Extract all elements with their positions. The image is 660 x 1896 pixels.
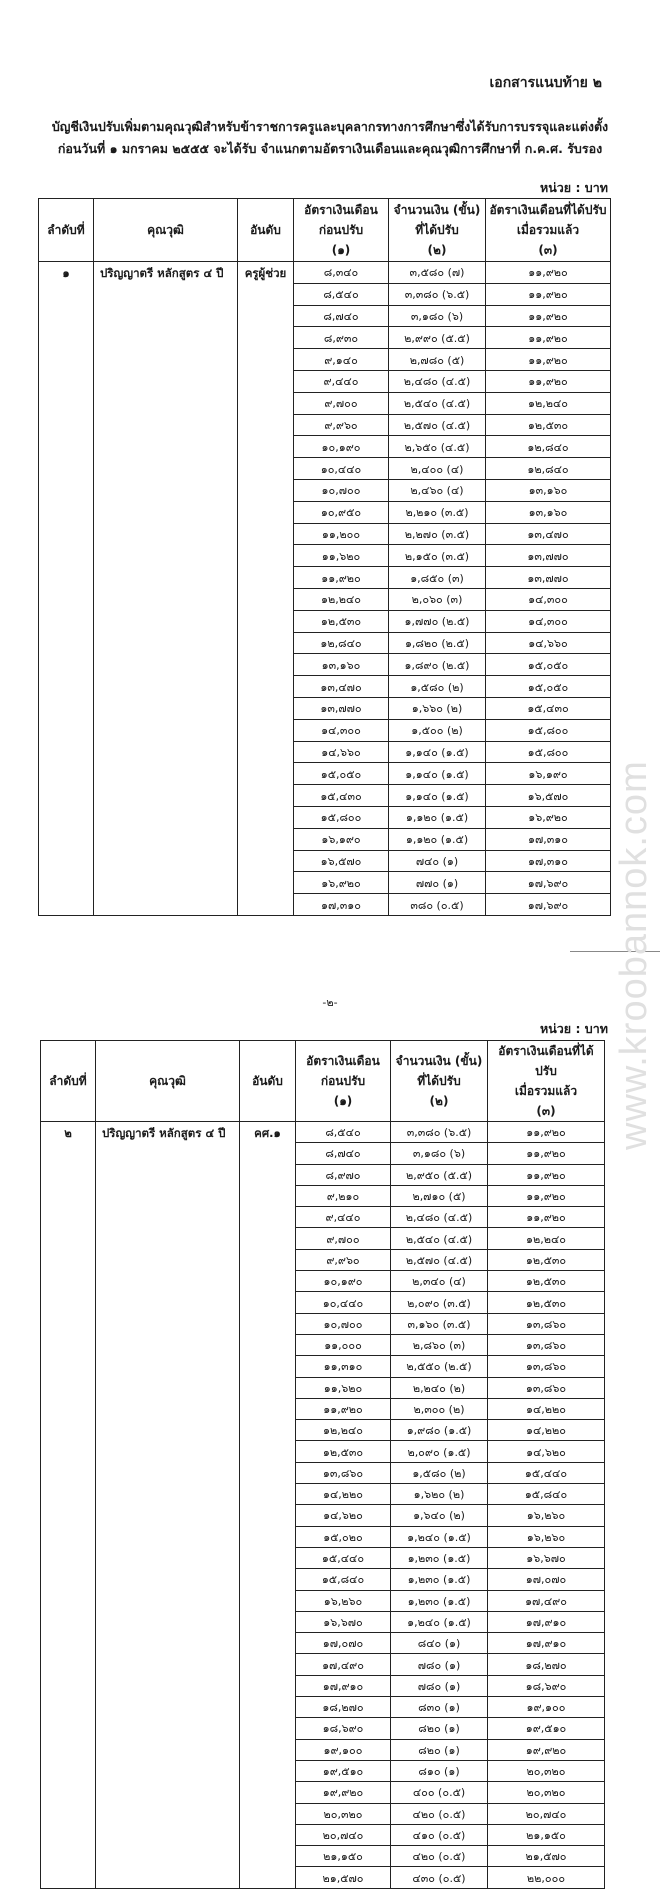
header-salary-after: อัตราเงินเดือนที่ได้ปรับเมื่อรวมแล้ว(๓) xyxy=(486,199,611,262)
document-title: บัญชีเงินปรับเพิ่มตามคุณวุฒิสำหรับข้าราช… xyxy=(0,116,660,160)
salary-table-2: ลำดับที่ คุณวุฒิ อันดับ อัตราเงินเดือนก่… xyxy=(40,1040,605,1889)
adjustment-cell: ๘๒๐ (๑) xyxy=(391,1718,488,1739)
salary-after-cell: ๑๗,๔๙๐ xyxy=(488,1590,605,1611)
salary-after-cell: ๑๙,๑๐๐ xyxy=(488,1697,605,1718)
header-rank: อันดับ xyxy=(238,199,294,262)
adjustment-cell: ๒,๑๕๐ (๓.๕) xyxy=(389,545,486,567)
salary-before-cell: ๑๖,๙๒๐ xyxy=(294,872,389,894)
adjustment-cell: ๒,๒๑๐ (๓.๕) xyxy=(389,501,486,523)
adjustment-cell: ๑,๒๓๐ (๑.๕) xyxy=(391,1590,488,1611)
salary-after-cell: ๑๗,๓๑๐ xyxy=(486,828,611,850)
salary-after-cell: ๑๕,๐๕๐ xyxy=(486,654,611,676)
adjustment-cell: ๒,๕๔๐ (๔.๕) xyxy=(391,1228,488,1249)
salary-before-cell: ๙,๔๔๐ xyxy=(294,370,389,392)
salary-before-cell: ๑๔,๒๒๐ xyxy=(296,1484,391,1505)
salary-after-cell: ๑๓,๑๖๐ xyxy=(486,501,611,523)
salary-before-cell: ๘,๙๓๐ xyxy=(294,327,389,349)
adjustment-cell: ๒,๘๖๐ (๓) xyxy=(391,1334,488,1355)
salary-before-cell: ๑๖,๑๙๐ xyxy=(294,828,389,850)
salary-after-cell: ๑๓,๔๗๐ xyxy=(486,523,611,545)
salary-before-cell: ๘,๙๗๐ xyxy=(296,1164,391,1185)
salary-before-cell: ๑๕,๐๒๐ xyxy=(296,1526,391,1547)
salary-after-cell: ๑๓,๘๖๐ xyxy=(488,1356,605,1377)
salary-before-cell: ๘,๗๔๐ xyxy=(296,1143,391,1164)
header-qualification: คุณวุฒิ xyxy=(94,199,238,262)
salary-before-cell: ๑๖,๒๖๐ xyxy=(296,1590,391,1611)
salary-before-cell: ๙,๑๔๐ xyxy=(294,349,389,371)
adjustment-cell: ๘๒๐ (๑) xyxy=(391,1739,488,1760)
adjustment-cell: ๑,๘๙๐ (๒.๕) xyxy=(389,654,486,676)
salary-before-cell: ๑๕,๐๕๐ xyxy=(294,763,389,785)
unit-label: หน่วย : บาท xyxy=(540,178,608,198)
header-adjustment: จำนวนเงิน (ขั้น)ที่ได้ปรับ(๒) xyxy=(391,1041,488,1122)
salary-after-cell: ๑๑,๙๒๐ xyxy=(488,1143,605,1164)
table-row: ๑ปริญญาตรี หลักสูตร ๔ ปีครูผู้ช่วย๘,๓๔๐๓… xyxy=(39,262,611,284)
salary-before-cell: ๑๗,๙๑๐ xyxy=(296,1675,391,1696)
adjustment-cell: ๔๒๐ (๐.๕) xyxy=(391,1803,488,1824)
salary-after-cell: ๒๑,๕๗๐ xyxy=(488,1846,605,1867)
header-order: ลำดับที่ xyxy=(41,1041,96,1122)
salary-after-cell: ๑๘,๖๙๐ xyxy=(488,1675,605,1696)
header-adjustment: จำนวนเงิน (ขั้น)ที่ได้ปรับ(๒) xyxy=(389,199,486,262)
adjustment-cell: ๘๓๐ (๑) xyxy=(391,1697,488,1718)
salary-after-cell: ๒๐,๗๔๐ xyxy=(488,1803,605,1824)
title-line-2: ก่อนวันที่ ๑ มกราคม ๒๕๕๕ จะได้รับ จำแนกต… xyxy=(0,138,660,160)
adjustment-cell: ๒,๗๘๐ (๕) xyxy=(389,349,486,371)
page-number: -๒- xyxy=(0,993,660,1011)
salary-before-cell: ๑๙,๑๐๐ xyxy=(296,1739,391,1760)
salary-after-cell: ๑๖,๒๖๐ xyxy=(488,1526,605,1547)
salary-after-cell: ๑๕,๘๐๐ xyxy=(486,719,611,741)
table-row: ๒ปริญญาตรี หลักสูตร ๔ ปีคศ.๑๘,๕๔๐๓,๓๘๐ (… xyxy=(41,1122,605,1143)
salary-before-cell: ๑๑,๖๒๐ xyxy=(294,545,389,567)
adjustment-cell: ๗๘๐ (๑) xyxy=(391,1675,488,1696)
unit-label-2: หน่วย : บาท xyxy=(540,1019,608,1039)
salary-before-cell: ๒๑,๑๕๐ xyxy=(296,1846,391,1867)
salary-before-cell: ๒๑,๕๗๐ xyxy=(296,1867,391,1888)
salary-after-cell: ๑๕,๔๔๐ xyxy=(488,1462,605,1483)
salary-before-cell: ๙,๔๔๐ xyxy=(296,1207,391,1228)
title-line-1: บัญชีเงินปรับเพิ่มตามคุณวุฒิสำหรับข้าราช… xyxy=(0,116,660,138)
adjustment-cell: ๑,๑๒๐ (๑.๕) xyxy=(389,828,486,850)
header-salary-after: อัตราเงินเดือนที่ได้ปรับเมื่อรวมแล้ว(๓) xyxy=(488,1041,605,1122)
adjustment-cell: ๗๘๐ (๑) xyxy=(391,1654,488,1675)
adjustment-cell: ๑,๑๔๐ (๑.๕) xyxy=(389,763,486,785)
adjustment-cell: ๑,๖๔๐ (๒) xyxy=(391,1505,488,1526)
salary-after-cell: ๑๔,๓๐๐ xyxy=(486,588,611,610)
salary-after-cell: ๑๗,๙๑๐ xyxy=(488,1633,605,1654)
salary-before-cell: ๑๐,๑๙๐ xyxy=(294,436,389,458)
watermark: www.kroobannok.com xyxy=(613,760,656,1150)
adjustment-cell: ๑,๖๒๐ (๒) xyxy=(391,1484,488,1505)
adjustment-cell: ๒,๔๐๐ (๔) xyxy=(389,458,486,480)
salary-after-cell: ๑๒,๒๔๐ xyxy=(488,1228,605,1249)
adjustment-cell: ๑,๕๘๐ (๒) xyxy=(391,1462,488,1483)
salary-before-cell: ๘,๕๔๐ xyxy=(296,1122,391,1143)
salary-after-cell: ๑๑,๙๒๐ xyxy=(486,262,611,284)
adjustment-cell: ๓,๓๘๐ (๖.๕) xyxy=(391,1122,488,1143)
salary-after-cell: ๑๒,๒๔๐ xyxy=(486,392,611,414)
adjustment-cell: ๔๓๐ (๐.๕) xyxy=(391,1867,488,1888)
salary-before-cell: ๑๐,๔๔๐ xyxy=(296,1292,391,1313)
salary-after-cell: ๑๓,๗๗๐ xyxy=(486,545,611,567)
adjustment-cell: ๘๔๐ (๑) xyxy=(391,1633,488,1654)
adjustment-cell: ๒,๔๘๐ (๔.๕) xyxy=(389,370,486,392)
salary-after-cell: ๑๔,๖๖๐ xyxy=(486,632,611,654)
salary-after-cell: ๑๙,๕๑๐ xyxy=(488,1718,605,1739)
adjustment-cell: ๑,๒๔๐ (๑.๕) xyxy=(391,1611,488,1632)
salary-before-cell: ๑๓,๔๗๐ xyxy=(294,676,389,698)
salary-before-cell: ๒๐,๓๒๐ xyxy=(296,1803,391,1824)
salary-after-cell: ๒๐,๓๒๐ xyxy=(488,1760,605,1781)
salary-before-cell: ๑๕,๘๔๐ xyxy=(296,1569,391,1590)
attachment-label: เอกสารแนบท้าย ๒ xyxy=(490,72,602,94)
adjustment-cell: ๑,๗๗๐ (๒.๕) xyxy=(389,610,486,632)
salary-after-cell: ๑๑,๙๒๐ xyxy=(486,305,611,327)
adjustment-cell: ๑,๕๐๐ (๒) xyxy=(389,719,486,741)
salary-after-cell: ๒๑,๑๕๐ xyxy=(488,1824,605,1845)
adjustment-cell: ๑,๘๒๐ (๒.๕) xyxy=(389,632,486,654)
salary-before-cell: ๑๘,๖๙๐ xyxy=(296,1718,391,1739)
salary-after-cell: ๑๑,๙๒๐ xyxy=(486,327,611,349)
header-order: ลำดับที่ xyxy=(39,199,94,262)
salary-before-cell: ๑๒,๕๓๐ xyxy=(294,610,389,632)
salary-after-cell: ๒๐,๓๒๐ xyxy=(488,1782,605,1803)
salary-after-cell: ๑๒,๕๓๐ xyxy=(488,1249,605,1270)
adjustment-cell: ๑,๘๕๐ (๓) xyxy=(389,567,486,589)
adjustment-cell: ๒,๐๖๐ (๓) xyxy=(389,588,486,610)
salary-before-cell: ๑๒,๕๓๐ xyxy=(296,1441,391,1462)
adjustment-cell: ๑,๒๓๐ (๑.๕) xyxy=(391,1547,488,1568)
salary-before-cell: ๑๙,๙๒๐ xyxy=(296,1782,391,1803)
qualification-cell: ปริญญาตรี หลักสูตร ๔ ปี xyxy=(94,262,238,916)
adjustment-cell: ๒,๔๖๐ (๔) xyxy=(389,479,486,501)
salary-before-cell: ๑๐,๑๙๐ xyxy=(296,1271,391,1292)
adjustment-cell: ๒,๔๘๐ (๔.๕) xyxy=(391,1207,488,1228)
salary-before-cell: ๑๙,๕๑๐ xyxy=(296,1760,391,1781)
salary-before-cell: ๑๒,๒๔๐ xyxy=(294,588,389,610)
adjustment-cell: ๘๑๐ (๑) xyxy=(391,1760,488,1781)
salary-after-cell: ๑๑,๙๒๐ xyxy=(486,370,611,392)
adjustment-cell: ๒,๒๔๐ (๒) xyxy=(391,1377,488,1398)
salary-before-cell: ๑๗,๔๙๐ xyxy=(296,1654,391,1675)
salary-before-cell: ๑๔,๖๖๐ xyxy=(294,741,389,763)
adjustment-cell: ๑,๖๖๐ (๒) xyxy=(389,697,486,719)
salary-before-cell: ๑๕,๔๔๐ xyxy=(296,1547,391,1568)
salary-before-cell: ๑๗,๐๗๐ xyxy=(296,1633,391,1654)
salary-after-cell: ๑๑,๙๒๐ xyxy=(486,349,611,371)
header-salary-before: อัตราเงินเดือนก่อนปรับ(๑) xyxy=(294,199,389,262)
salary-after-cell: ๑๓,๘๖๐ xyxy=(488,1334,605,1355)
adjustment-cell: ๓,๕๘๐ (๗) xyxy=(389,262,486,284)
salary-after-cell: ๑๔,๒๒๐ xyxy=(488,1420,605,1441)
salary-after-cell: ๑๑,๙๒๐ xyxy=(488,1164,605,1185)
adjustment-cell: ๒,๗๑๐ (๕) xyxy=(391,1185,488,1206)
salary-before-cell: ๑๐,๙๕๐ xyxy=(294,501,389,523)
salary-before-cell: ๑๖,๖๗๐ xyxy=(296,1611,391,1632)
salary-after-cell: ๑๒,๕๓๐ xyxy=(486,414,611,436)
adjustment-cell: ๒,๕๗๐ (๔.๕) xyxy=(391,1249,488,1270)
salary-after-cell: ๑๗,๙๑๐ xyxy=(488,1611,605,1632)
salary-after-cell: ๑๓,๘๖๐ xyxy=(488,1377,605,1398)
salary-before-cell: ๙,๗๐๐ xyxy=(294,392,389,414)
salary-after-cell: ๑๗,๖๙๐ xyxy=(486,872,611,894)
salary-before-cell: ๑๑,๒๐๐ xyxy=(294,523,389,545)
salary-after-cell: ๑๔,๖๒๐ xyxy=(488,1441,605,1462)
salary-before-cell: ๙,๙๖๐ xyxy=(296,1249,391,1270)
adjustment-cell: ๓๘๐ (๐.๕) xyxy=(389,894,486,916)
salary-before-cell: ๑๘,๒๗๐ xyxy=(296,1697,391,1718)
adjustment-cell: ๗๗๐ (๑) xyxy=(389,872,486,894)
salary-after-cell: ๑๗,๓๑๐ xyxy=(486,850,611,872)
salary-after-cell: ๑๖,๑๙๐ xyxy=(486,763,611,785)
salary-before-cell: ๑๑,๙๒๐ xyxy=(296,1398,391,1419)
adjustment-cell: ๒,๕๔๐ (๔.๕) xyxy=(389,392,486,414)
salary-after-cell: ๑๒,๕๓๐ xyxy=(488,1292,605,1313)
salary-before-cell: ๘,๓๔๐ xyxy=(294,262,389,284)
salary-before-cell: ๘,๗๔๐ xyxy=(294,305,389,327)
rank-cell: ครูผู้ช่วย xyxy=(238,262,294,916)
header-salary-before: อัตราเงินเดือนก่อนปรับ(๑) xyxy=(296,1041,391,1122)
adjustment-cell: ๒,๐๙๐ (๑.๕) xyxy=(391,1441,488,1462)
salary-after-cell: ๑๓,๑๖๐ xyxy=(486,479,611,501)
salary-before-cell: ๘,๕๔๐ xyxy=(294,283,389,305)
adjustment-cell: ๒,๓๔๐ (๔) xyxy=(391,1271,488,1292)
order-cell: ๒ xyxy=(41,1122,96,1889)
salary-after-cell: ๑๖,๒๖๐ xyxy=(488,1505,605,1526)
salary-after-cell: ๑๗,๖๙๐ xyxy=(486,894,611,916)
adjustment-cell: ๑,๒๓๐ (๑.๕) xyxy=(391,1569,488,1590)
salary-after-cell: ๒๒,๐๐๐ xyxy=(488,1867,605,1888)
salary-before-cell: ๑๗,๓๑๐ xyxy=(294,894,389,916)
salary-before-cell: ๙,๗๐๐ xyxy=(296,1228,391,1249)
salary-after-cell: ๑๑,๙๒๐ xyxy=(486,283,611,305)
order-cell: ๑ xyxy=(39,262,94,916)
adjustment-cell: ๓,๓๘๐ (๖.๕) xyxy=(389,283,486,305)
qualification-cell: ปริญญาตรี หลักสูตร ๔ ปี xyxy=(96,1122,240,1889)
adjustment-cell: ๒,๙๙๐ (๕.๕) xyxy=(389,327,486,349)
salary-after-cell: ๑๕,๘๐๐ xyxy=(486,741,611,763)
salary-before-cell: ๑๕,๔๓๐ xyxy=(294,785,389,807)
salary-before-cell: ๑๐,๗๐๐ xyxy=(296,1313,391,1334)
salary-before-cell: ๑๓,๘๖๐ xyxy=(296,1462,391,1483)
salary-after-cell: ๑๕,๔๓๐ xyxy=(486,697,611,719)
salary-before-cell: ๑๒,๒๔๐ xyxy=(296,1420,391,1441)
salary-after-cell: ๑๔,๓๐๐ xyxy=(486,610,611,632)
adjustment-cell: ๒,๙๕๐ (๕.๕) xyxy=(391,1164,488,1185)
salary-after-cell: ๑๖,๙๒๐ xyxy=(486,806,611,828)
adjustment-cell: ๑,๒๔๐ (๑.๕) xyxy=(391,1526,488,1547)
adjustment-cell: ๒,๒๗๐ (๓.๕) xyxy=(389,523,486,545)
salary-before-cell: ๑๑,๙๒๐ xyxy=(294,567,389,589)
rank-cell: คศ.๑ xyxy=(240,1122,296,1889)
salary-before-cell: ๑๕,๘๐๐ xyxy=(294,806,389,828)
adjustment-cell: ๒,๕๗๐ (๔.๕) xyxy=(389,414,486,436)
salary-before-cell: ๑๐,๔๔๐ xyxy=(294,458,389,480)
salary-after-cell: ๑๒,๘๔๐ xyxy=(486,436,611,458)
salary-before-cell: ๑๓,๗๗๐ xyxy=(294,697,389,719)
salary-before-cell: ๑๖,๕๗๐ xyxy=(294,850,389,872)
adjustment-cell: ๑,๑๒๐ (๑.๕) xyxy=(389,806,486,828)
salary-before-cell: ๑๓,๑๖๐ xyxy=(294,654,389,676)
salary-after-cell: ๑๘,๒๗๐ xyxy=(488,1654,605,1675)
salary-after-cell: ๑๕,๐๕๐ xyxy=(486,676,611,698)
table-header-row: ลำดับที่ คุณวุฒิ อันดับ อัตราเงินเดือนก่… xyxy=(39,199,611,262)
salary-after-cell: ๑๖,๕๗๐ xyxy=(486,785,611,807)
header-qualification: คุณวุฒิ xyxy=(96,1041,240,1122)
salary-after-cell: ๑๓,๗๗๐ xyxy=(486,567,611,589)
salary-after-cell: ๑๙,๙๒๐ xyxy=(488,1739,605,1760)
salary-before-cell: ๙,๒๑๐ xyxy=(296,1185,391,1206)
salary-table-1: ลำดับที่ คุณวุฒิ อันดับ อัตราเงินเดือนก่… xyxy=(38,198,611,916)
salary-before-cell: ๑๒,๘๔๐ xyxy=(294,632,389,654)
adjustment-cell: ๔๒๐ (๐.๕) xyxy=(391,1846,488,1867)
adjustment-cell: ๑,๑๔๐ (๑.๕) xyxy=(389,741,486,763)
adjustment-cell: ๒,๕๕๐ (๒.๕) xyxy=(391,1356,488,1377)
salary-after-cell: ๑๖,๖๗๐ xyxy=(488,1547,605,1568)
adjustment-cell: ๓,๑๘๐ (๖) xyxy=(389,305,486,327)
adjustment-cell: ๒,๐๙๐ (๓.๕) xyxy=(391,1292,488,1313)
adjustment-cell: ๑,๕๘๐ (๒) xyxy=(389,676,486,698)
salary-after-cell: ๑๔,๒๒๐ xyxy=(488,1398,605,1419)
adjustment-cell: ๑,๑๔๐ (๑.๕) xyxy=(389,785,486,807)
adjustment-cell: ๒,๓๐๐ (๒) xyxy=(391,1398,488,1419)
salary-after-cell: ๑๑,๙๒๐ xyxy=(488,1122,605,1143)
salary-before-cell: ๑๑,๖๒๐ xyxy=(296,1377,391,1398)
adjustment-cell: ๓,๑๖๐ (๓.๕) xyxy=(391,1313,488,1334)
salary-after-cell: ๑๓,๘๖๐ xyxy=(488,1313,605,1334)
salary-before-cell: ๑๔,๓๐๐ xyxy=(294,719,389,741)
header-rank: อันดับ xyxy=(240,1041,296,1122)
adjustment-cell: ๔๑๐ (๐.๕) xyxy=(391,1824,488,1845)
salary-before-cell: ๑๔,๖๒๐ xyxy=(296,1505,391,1526)
adjustment-cell: ๒,๖๕๐ (๔.๕) xyxy=(389,436,486,458)
salary-after-cell: ๑๑,๙๒๐ xyxy=(488,1185,605,1206)
adjustment-cell: ๓,๑๘๐ (๖) xyxy=(391,1143,488,1164)
salary-before-cell: ๑๑,๐๐๐ xyxy=(296,1334,391,1355)
salary-after-cell: ๑๕,๘๔๐ xyxy=(488,1484,605,1505)
salary-after-cell: ๑๗,๐๗๐ xyxy=(488,1569,605,1590)
adjustment-cell: ๗๔๐ (๑) xyxy=(389,850,486,872)
salary-before-cell: ๙,๙๖๐ xyxy=(294,414,389,436)
salary-after-cell: ๑๑,๙๒๐ xyxy=(488,1207,605,1228)
adjustment-cell: ๑,๙๘๐ (๑.๕) xyxy=(391,1420,488,1441)
salary-after-cell: ๑๒,๕๓๐ xyxy=(488,1271,605,1292)
salary-after-cell: ๑๒,๘๔๐ xyxy=(486,458,611,480)
salary-before-cell: ๑๐,๗๐๐ xyxy=(294,479,389,501)
adjustment-cell: ๔๐๐ (๐.๕) xyxy=(391,1782,488,1803)
salary-before-cell: ๑๑,๓๑๐ xyxy=(296,1356,391,1377)
salary-before-cell: ๒๐,๗๔๐ xyxy=(296,1824,391,1845)
table-header-row: ลำดับที่ คุณวุฒิ อันดับ อัตราเงินเดือนก่… xyxy=(41,1041,605,1122)
